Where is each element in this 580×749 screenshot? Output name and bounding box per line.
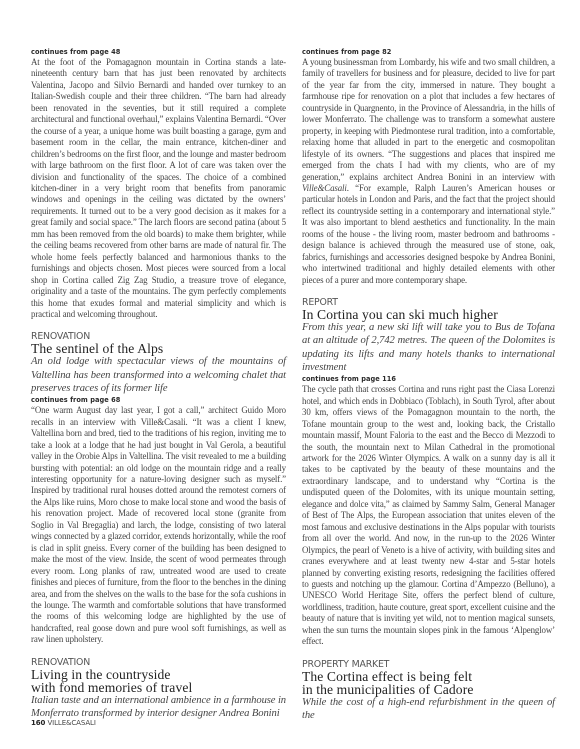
article-sentinel-of-the-alps: RENOVATION The sentinel of the Alps An o… — [31, 331, 286, 645]
article-cortina-effect: PROPERTY MARKET The Cortina effect is be… — [302, 659, 555, 723]
article-body: The cycle path that crosses Cortina and … — [302, 384, 555, 647]
body-text-part-2: . “For example, Ralph Lauren’s American … — [302, 183, 555, 285]
article-headline: Living in the countryside with fond memo… — [31, 668, 286, 694]
article-dek: Italian taste and an international ambie… — [31, 694, 286, 721]
continues-from-label: continues from page 48 — [31, 47, 286, 57]
article-body: “One warm August day last year, I got a … — [31, 405, 286, 646]
magazine-name-italic: Ville&Casali — [302, 183, 347, 193]
article-cortina-ski-higher: REPORT In Cortina you can ski much highe… — [302, 297, 555, 648]
page-footer: 160 VILLE&CASALI — [31, 719, 96, 727]
article-body: A young businessman from Lombardy, his w… — [302, 57, 555, 286]
continues-from-label: continues from page 82 — [302, 47, 555, 57]
body-text-part-1: A young businessman from Lombardy, his w… — [302, 57, 555, 182]
article-living-in-the-countryside: RENOVATION Living in the countryside wit… — [31, 657, 286, 721]
magazine-name: VILLE&CASALI — [47, 719, 95, 727]
article-cortina-barn: continues from page 48 At the foot of th… — [31, 47, 286, 320]
article-monferrato-farmhouse: continues from page 82 A young businessm… — [302, 47, 555, 286]
headline-line-2: in the municipalities of Cadore — [302, 682, 473, 697]
left-column: continues from page 48 At the foot of th… — [31, 47, 286, 720]
headline-line-2: with fond memories of travel — [31, 680, 192, 695]
page-number: 160 — [31, 719, 45, 727]
article-headline: The Cortina effect is being felt in the … — [302, 670, 555, 696]
right-column: continues from page 82 A young businessm… — [302, 47, 555, 722]
article-headline: In Cortina you can ski much higher — [302, 308, 555, 321]
continues-from-label: continues from page 68 — [31, 395, 286, 405]
article-dek: An old lodge with spectacular views of t… — [31, 355, 286, 395]
article-dek: From this year, a new ski lift will take… — [302, 321, 555, 374]
article-dek: While the cost of a high-end refurbishme… — [302, 696, 555, 723]
continues-from-label: continues from page 116 — [302, 374, 555, 384]
article-headline: The sentinel of the Alps — [31, 342, 286, 355]
article-body: At the foot of the Pomagagnon mountain i… — [31, 57, 286, 320]
